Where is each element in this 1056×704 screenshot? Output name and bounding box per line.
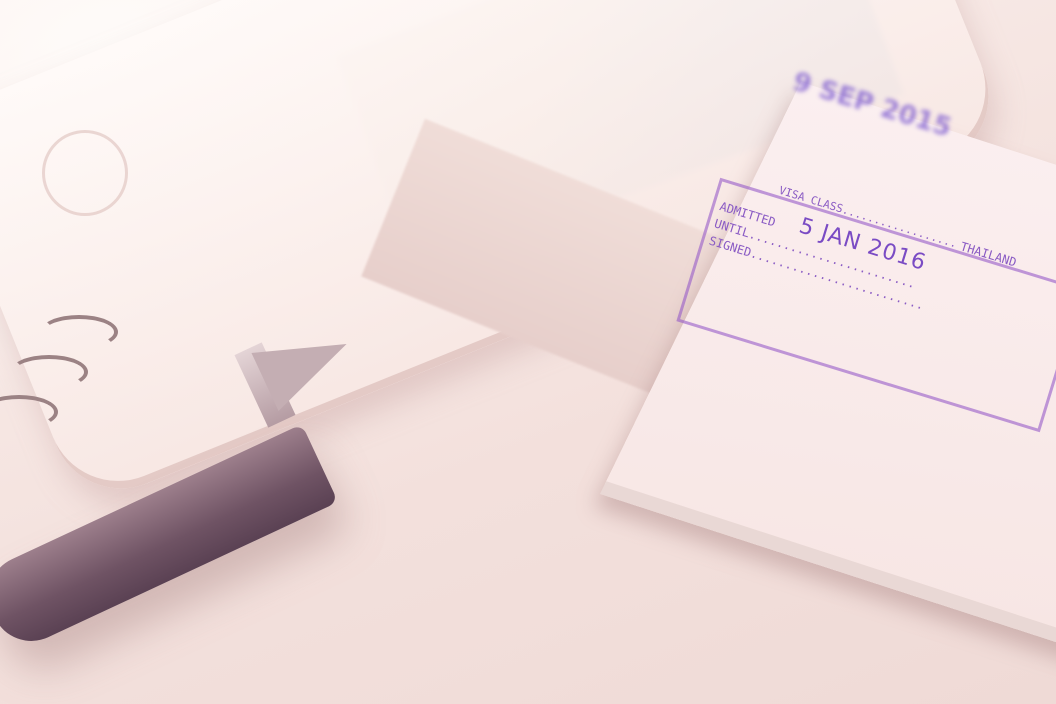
photo-scene: 9 SEP 2015 VISA CLASS.................. … bbox=[0, 0, 1056, 704]
ring-icon bbox=[40, 315, 118, 349]
ring-icon bbox=[10, 355, 88, 389]
notebook-spiral bbox=[0, 310, 120, 430]
ring-icon bbox=[0, 395, 58, 429]
home-button-icon bbox=[42, 130, 128, 216]
